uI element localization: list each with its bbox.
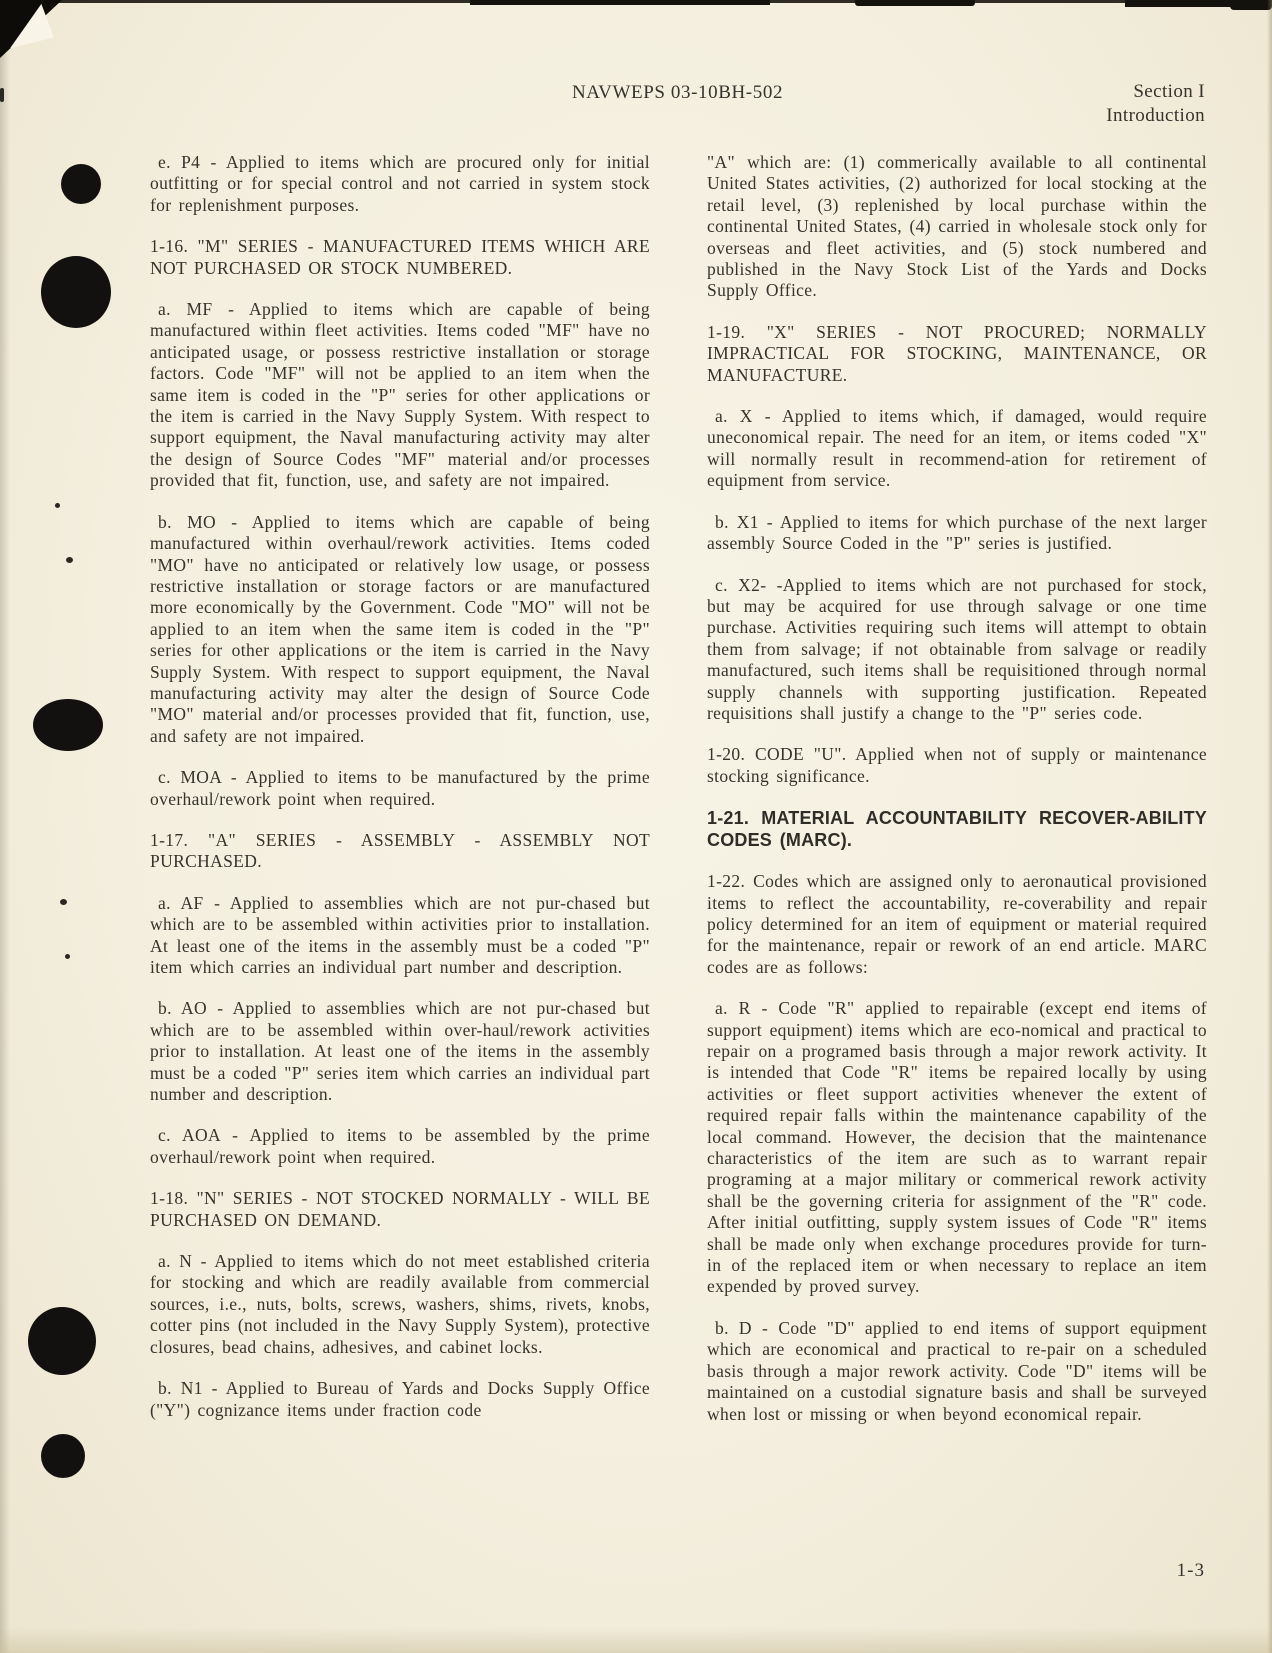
paragraph: 1-20. CODE "U". Applied when not of supp… <box>707 744 1207 787</box>
hole-punch-mark <box>28 1307 96 1375</box>
paragraph: a. AF - Applied to assemblies which are … <box>150 893 650 979</box>
paragraph: 1-22. Codes which are assigned only to a… <box>707 871 1207 978</box>
right-column: "A" which are: (1) commerically availabl… <box>707 152 1207 1445</box>
hole-punch-mark <box>41 1434 85 1478</box>
scan-left-edge <box>0 0 10 1653</box>
paragraph: b. MO - Applied to items which are capab… <box>150 512 650 747</box>
scan-right-edge <box>1267 0 1272 1653</box>
paragraph: a. X - Applied to items which, if damage… <box>707 406 1207 492</box>
paragraph: "A" which are: (1) commerically availabl… <box>707 152 1207 302</box>
ink-speck <box>55 503 60 508</box>
paragraph: a. N - Applied to items which do not mee… <box>150 1251 650 1358</box>
ink-speck <box>66 557 73 563</box>
scan-top-edge <box>470 0 770 5</box>
document-page: NAVWEPS 03-10BH-502 Section I Introducti… <box>0 0 1272 1653</box>
ink-speck <box>60 899 67 905</box>
paragraph: b. N1 - Applied to Bureau of Yards and D… <box>150 1378 650 1421</box>
paragraph: b. X1 - Applied to items for which purch… <box>707 512 1207 555</box>
scan-top-edge <box>855 0 975 6</box>
paragraph: c. AOA - Applied to items to be assemble… <box>150 1125 650 1168</box>
paragraph: b. AO - Applied to assemblies which are … <box>150 998 650 1105</box>
section-heading: 1-16. "M" SERIES - MANUFACTURED ITEMS WH… <box>150 236 650 279</box>
hole-punch-mark <box>41 256 111 328</box>
section-label: Section I <box>900 80 1205 104</box>
hole-punch-mark <box>33 699 103 751</box>
page-number: 1-3 <box>900 1560 1205 1582</box>
section-heading: 1-17. "A" SERIES - ASSEMBLY - ASSEMBLY N… <box>150 830 650 873</box>
section-heading: 1-19. "X" SERIES - NOT PROCURED; NORMALL… <box>707 322 1207 386</box>
paragraph: c. X2- -Applied to items which are not p… <box>707 575 1207 725</box>
scan-top-edge <box>1230 0 1272 10</box>
paragraph: c. MOA - Applied to items to be manufact… <box>150 767 650 810</box>
paragraph: a. MF - Applied to items which are capab… <box>150 299 650 492</box>
paragraph: e. P4 - Applied to items which are procu… <box>150 152 650 216</box>
paragraph: b. D - Code "D" applied to end items of … <box>707 1318 1207 1425</box>
hole-punch-mark <box>61 164 101 204</box>
section-title: Introduction <box>900 104 1205 128</box>
paragraph: a. R - Code "R" applied to repairable (e… <box>707 998 1207 1298</box>
section-header: Section I Introduction <box>900 80 1205 128</box>
left-column: e. P4 - Applied to items which are procu… <box>150 152 650 1441</box>
section-heading: 1-18. "N" SERIES - NOT STOCKED NORMALLY … <box>150 1188 650 1231</box>
scan-bottom-edge <box>0 1627 1272 1653</box>
ink-speck <box>0 88 4 102</box>
ink-speck <box>65 954 70 959</box>
section-heading: 1-21. MATERIAL ACCOUNTABILITY RECOVER-AB… <box>707 807 1207 851</box>
